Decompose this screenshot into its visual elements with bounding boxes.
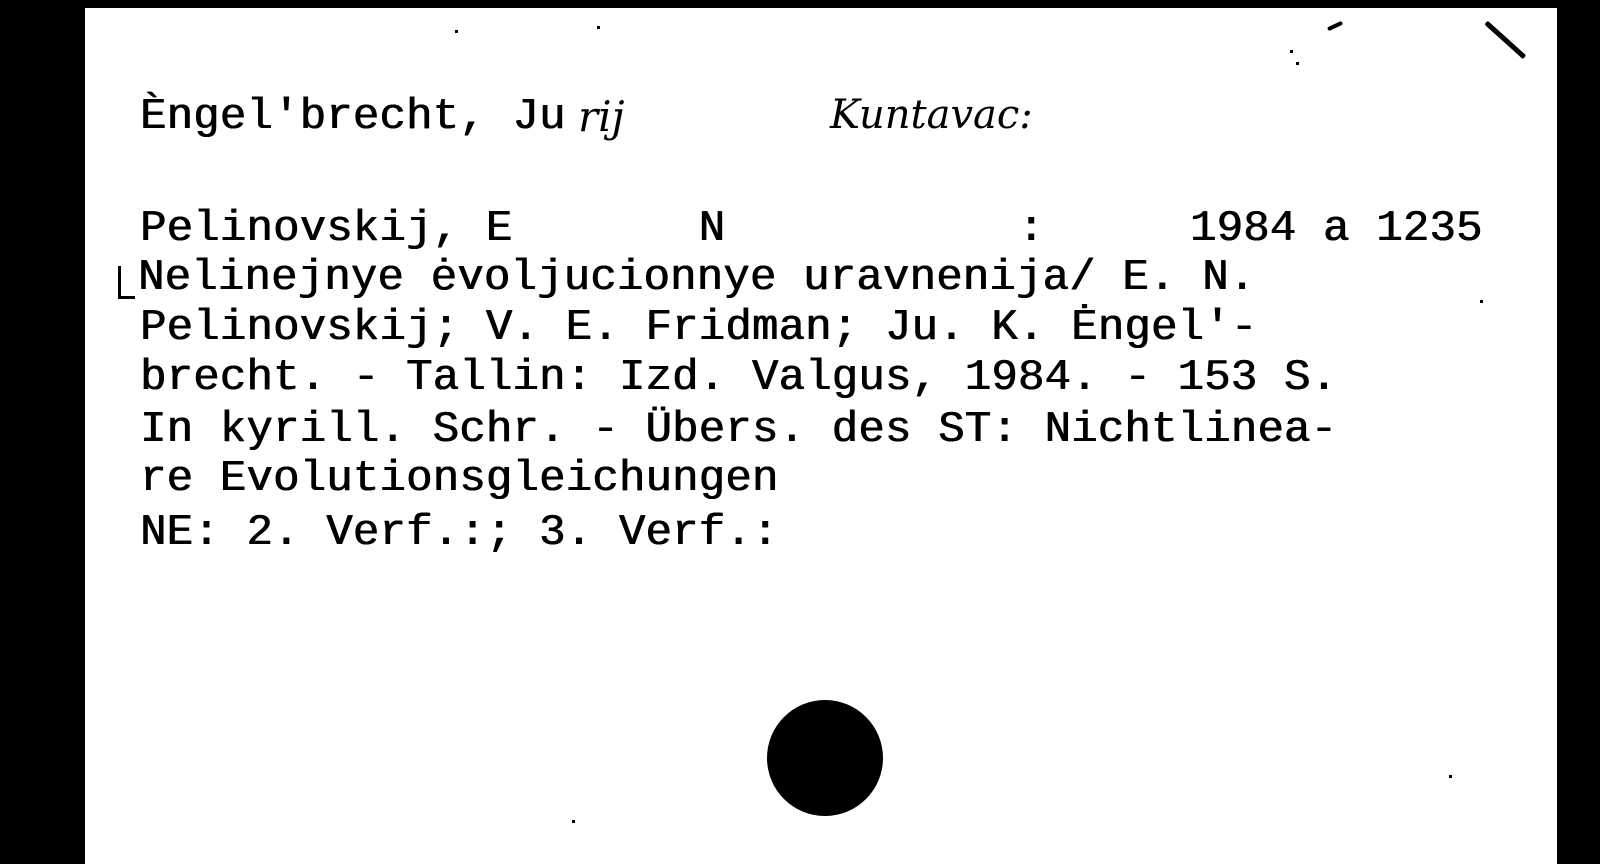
handwritten-annotation: Kuntavac: xyxy=(830,92,1033,138)
scan-speck xyxy=(455,30,458,33)
entry-line: re Evolutionsgleichungen xyxy=(140,456,779,502)
scan-speck xyxy=(1480,300,1483,303)
scan-border-top xyxy=(0,0,1600,8)
handwritten-name-suffix: rij xyxy=(578,94,625,140)
scan-border-left xyxy=(0,0,85,864)
scan-speck xyxy=(1290,50,1293,53)
entry-title-line: Nelinejnye ėvoljucionnye uravnenija/ E. … xyxy=(138,255,1255,301)
entry-notes-line: NE: 2. Verf.:; 3. Verf.: xyxy=(140,510,779,556)
scan-border-right xyxy=(1557,0,1600,864)
scan-speck xyxy=(597,26,600,29)
scan-speck xyxy=(572,820,575,823)
punch-hole-icon xyxy=(767,700,883,816)
entry-line: In kyrill. Schr. - Übers. des ST: Nichtl… xyxy=(140,407,1337,453)
entry-line: Pelinovskij; V. E. Fridman; Ju. K. Ėngel… xyxy=(140,305,1257,351)
call-number: 1984 a 1235 xyxy=(1190,206,1483,252)
entry-line: brecht. - Tallin: Izd. Valgus, 1984. - 1… xyxy=(140,355,1337,401)
card-heading-author: Èngel'brecht, Ju xyxy=(140,94,566,140)
scan-speck xyxy=(1449,775,1452,778)
handwritten-bracket-icon xyxy=(118,266,135,299)
scan-speck xyxy=(1296,62,1299,65)
entry-author-line: Pelinovskij, E N : xyxy=(140,206,1045,252)
